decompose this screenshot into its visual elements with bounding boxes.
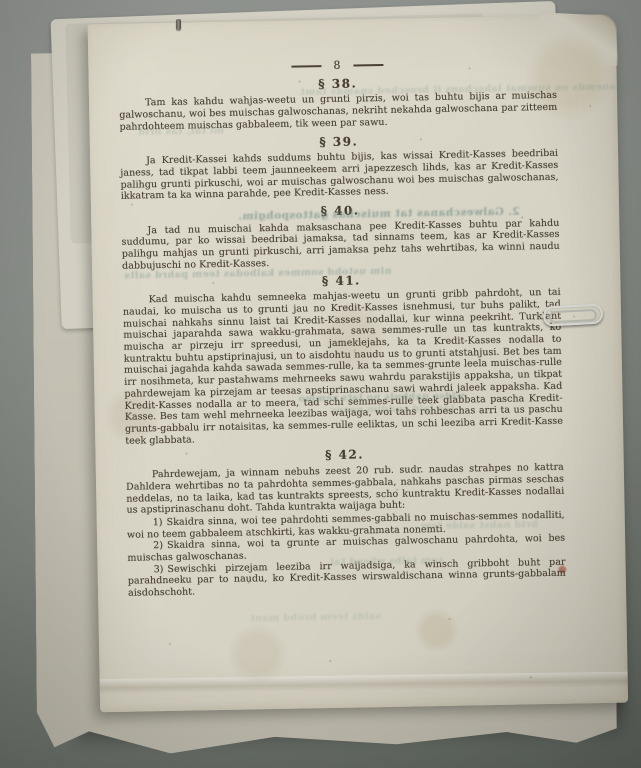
section-39: § 39. Ja Kredit-Kassei kahds suddums buh…: [120, 132, 559, 203]
list-item-number: 3): [154, 564, 164, 575]
paper-speckles: [88, 24, 90, 26]
staple-mark: [176, 19, 181, 30]
section-paragraph: Ja Kredit-Kassei kahds suddums buhtu bij…: [120, 148, 559, 203]
header-rule-left: [291, 65, 321, 67]
section-paragraph: Ja tad nu muischai kahda maksaschana pee…: [121, 217, 560, 272]
paper-clip: [542, 301, 607, 330]
show-through-text: som talbs wheed tal: [330, 555, 444, 568]
show-through-text: brid nahst salde tem: [420, 519, 538, 532]
crease-line: [100, 672, 628, 694]
list-item-number: 2): [153, 540, 163, 551]
show-through-text: salds teem brohd mant: [250, 611, 381, 624]
show-through-text: ml tat, tas brid: [138, 125, 224, 137]
show-through-text: tas laid suddim peens: [330, 403, 455, 416]
header-rule-right: [353, 64, 383, 66]
list-item-number: 1): [153, 517, 163, 528]
section-paragraph: Pahrdewejam, ja winnam nebuhs zeest 20 r…: [126, 462, 565, 517]
page-number: 8: [333, 60, 341, 72]
section-41: § 41. Kad muischa kahdu semneeka mahjas-…: [122, 271, 563, 447]
printed-text-block: 8 § 38. Tam kas kahdu wahjas-weetu un gr…: [118, 56, 566, 600]
document-page: 8 § 38. Tam kas kahdu wahjas-weetu un gr…: [88, 15, 629, 713]
page-header: 8: [118, 56, 556, 76]
paper-clip-inner-loop: [549, 309, 598, 323]
section-paragraph: Kad muischa kahdu semneeka mahjas-weetu …: [123, 287, 564, 447]
